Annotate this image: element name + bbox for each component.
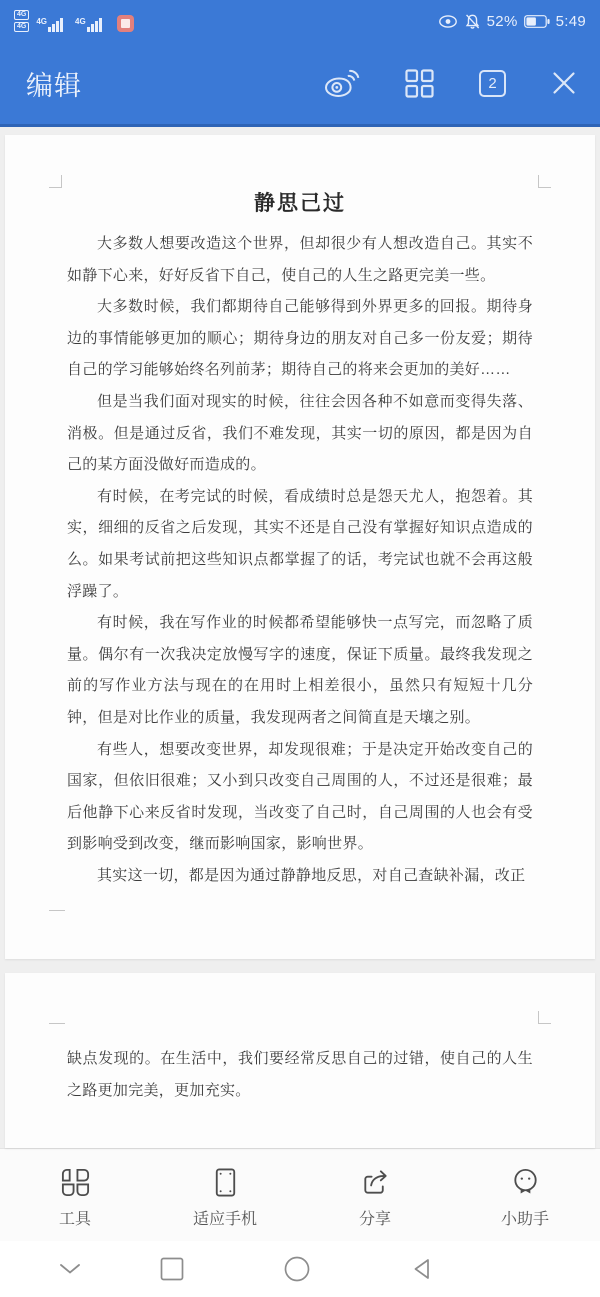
document-tabs-icon[interactable]: 2 — [479, 70, 506, 97]
editor-header: 编辑 2 — [0, 42, 600, 127]
components-grid-icon[interactable] — [404, 68, 435, 99]
eye-comfort-icon — [438, 14, 458, 29]
signal-strength-2-icon: 4G — [75, 16, 107, 32]
battery-percent-label: 52% — [487, 13, 518, 30]
essay-paragraph: 缺点发现的。在生活中，我们要经常反思自己的过错，使自己的人生之路更加完美，更加充… — [67, 1043, 533, 1106]
page-gap — [0, 959, 600, 973]
wps-editor-app: 4G 4G 4G 4G — [0, 0, 600, 1297]
bottom-toolbar: 工具 适应手机 分享 — [0, 1148, 600, 1241]
margin-mark-icon — [49, 1023, 65, 1024]
essay-paragraph: 有时候，我在写作业的时候都希望能够快一点写完，而忽略了质量。偶尔有一次我决定放慢… — [67, 607, 533, 733]
tools-grid-icon — [59, 1166, 92, 1199]
margin-mark-icon — [538, 175, 551, 188]
status-right: 52% 5:49 — [438, 13, 586, 30]
document-page-2[interactable]: 缺点发现的。在生活中，我们要经常反思自己的过错，使自己的人生之路更加完美，更加充… — [5, 973, 595, 1148]
recents-square-icon[interactable] — [160, 1257, 185, 1282]
home-circle-icon[interactable] — [283, 1255, 311, 1283]
assistant-button[interactable]: 小助手 — [450, 1149, 600, 1241]
tool-label: 分享 — [359, 1206, 391, 1229]
share-button[interactable]: 分享 — [300, 1149, 450, 1241]
essay-paragraph: 有时候，在考完试的时候，看成绩时总是怨天尤人，抱怨着。其实，细细的反省之后发现，… — [67, 481, 533, 607]
sim2-badge-icon: 4G — [14, 22, 29, 32]
essay-title: 静思己过 — [67, 191, 533, 217]
edit-mode-label[interactable]: 编辑 — [26, 64, 82, 103]
share-arrow-icon — [359, 1166, 392, 1199]
document-page-1[interactable]: 静思己过 大多数人想要改造这个世界，但却很少有人想改造自己。其实不如静下心来，好… — [5, 135, 595, 959]
signal-strength-1-icon: 4G — [36, 16, 68, 32]
back-triangle-icon[interactable] — [410, 1257, 434, 1281]
tool-label: 工具 — [59, 1206, 91, 1229]
weibo-share-icon[interactable] — [323, 68, 360, 99]
status-left: 4G 4G 4G 4G — [14, 10, 134, 32]
document-canvas[interactable]: 静思己过 大多数人想要改造这个世界，但却很少有人想改造自己。其实不如静下心来，好… — [0, 127, 600, 1148]
clock-label: 5:49 — [556, 13, 586, 30]
margin-mark-icon — [49, 910, 65, 911]
battery-icon — [524, 15, 550, 28]
essay-paragraph: 大多数时候，我们都期待自己能够得到外界更多的回报。期待身边的事情能够更加的顺心；… — [67, 291, 533, 386]
close-icon[interactable] — [550, 69, 578, 97]
tool-label: 适应手机 — [193, 1206, 257, 1229]
sim-badges: 4G 4G — [14, 10, 29, 32]
sim1-badge-icon: 4G — [14, 10, 29, 20]
assistant-face-icon — [509, 1166, 542, 1199]
margin-mark-icon — [538, 1011, 551, 1024]
header-icons: 2 — [323, 68, 578, 99]
status-bar: 4G 4G 4G 4G — [0, 0, 600, 42]
android-nav-bar — [0, 1241, 600, 1297]
hide-navbar-chevron-icon[interactable] — [59, 1263, 81, 1275]
essay-paragraph: 其实这一切，都是因为通过静静地反思，对自己查缺补漏，改正 — [67, 860, 533, 892]
fit-phone-button[interactable]: 适应手机 — [150, 1149, 300, 1241]
fit-phone-icon — [209, 1166, 242, 1199]
tool-label: 小助手 — [501, 1206, 549, 1229]
essay-paragraph: 大多数人想要改造这个世界，但却很少有人想改造自己。其实不如静下心来，好好反省下自… — [67, 228, 533, 291]
notification-app-icon — [117, 15, 134, 32]
tab-count-label: 2 — [488, 75, 496, 92]
tools-button[interactable]: 工具 — [0, 1149, 150, 1241]
margin-mark-icon — [49, 175, 62, 188]
essay-paragraph: 有些人，想要改变世界，却发现很难；于是决定开始改变自己的国家，但依旧很难；又小到… — [67, 734, 533, 860]
essay-paragraph: 但是当我们面对现实的时候，往往会因各种不如意而变得失落、消极。但是通过反省，我们… — [67, 386, 533, 481]
mute-bell-icon — [464, 13, 481, 30]
